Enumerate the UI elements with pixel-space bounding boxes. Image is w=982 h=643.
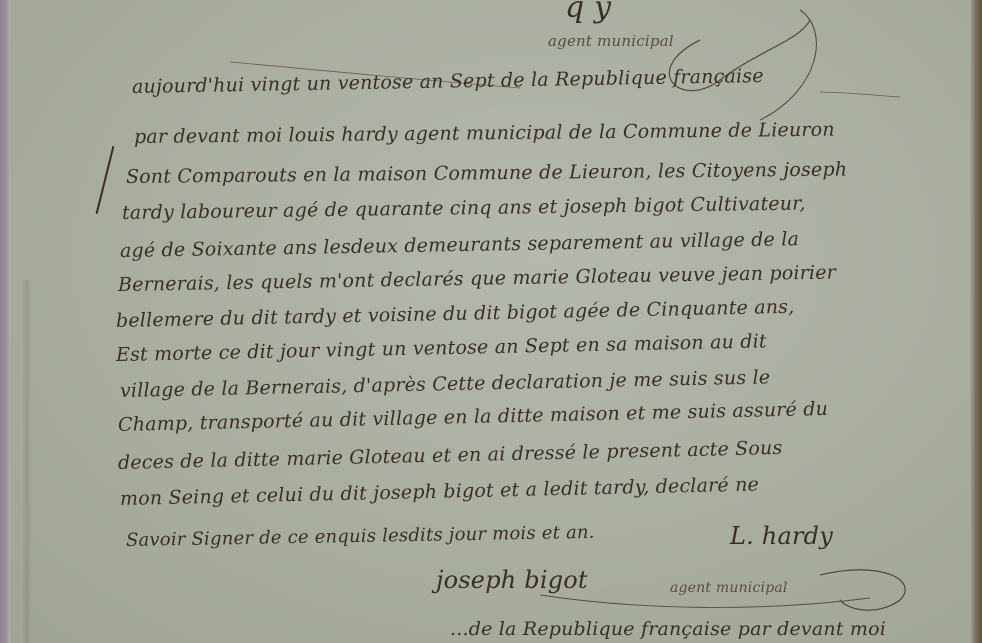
- signature-official-title: agent municipal: [670, 580, 788, 596]
- record-line-6: Bernerais, les quels m'ont declarés que …: [118, 261, 836, 296]
- record-line-7: bellemere du dit tardy et voisine du dit…: [116, 296, 795, 332]
- record-line-11: deces de la ditte marie Gloteau et en ai…: [118, 437, 783, 474]
- record-line-9: village de la Bernerais, d'après Cette d…: [120, 366, 771, 402]
- book-binding-left: [0, 0, 10, 643]
- record-line-2: par devant moi louis hardy agent municip…: [134, 119, 835, 148]
- signature-witness: joseph bigot: [436, 566, 588, 594]
- record-line-8: Est morte ce dit jour vingt un ventose a…: [116, 330, 767, 366]
- record-line-4: tardy laboureur agé de quarante cinq ans…: [122, 192, 806, 224]
- previous-agent-title: agent municipal: [548, 32, 674, 50]
- next-record-fragment: ...de la Republique française par devant…: [450, 618, 886, 640]
- book-binding-right: [970, 0, 982, 643]
- record-line-3: Sont Comparouts en la maison Commune de …: [126, 158, 847, 188]
- document-page: q y agent municipal aujourd'hui vingt un…: [0, 0, 982, 643]
- record-line-13: Savoir Signer de ce enquis lesdits jour …: [126, 522, 595, 551]
- record-line-10: Champ, transporté au dit village en la d…: [118, 398, 829, 436]
- record-line-1: aujourd'hui vingt un ventose an Sept de …: [132, 65, 764, 98]
- page-fold-shadow: [22, 280, 32, 643]
- previous-signature-fragment: q y: [565, 0, 611, 25]
- signature-official: L. hardy: [730, 522, 833, 550]
- record-line-5: agé de Soixante ans lesdeux demeurants s…: [120, 228, 799, 262]
- record-line-12: mon Seing et celui du dit joseph bigot e…: [120, 474, 759, 510]
- margin-mark: [96, 146, 115, 214]
